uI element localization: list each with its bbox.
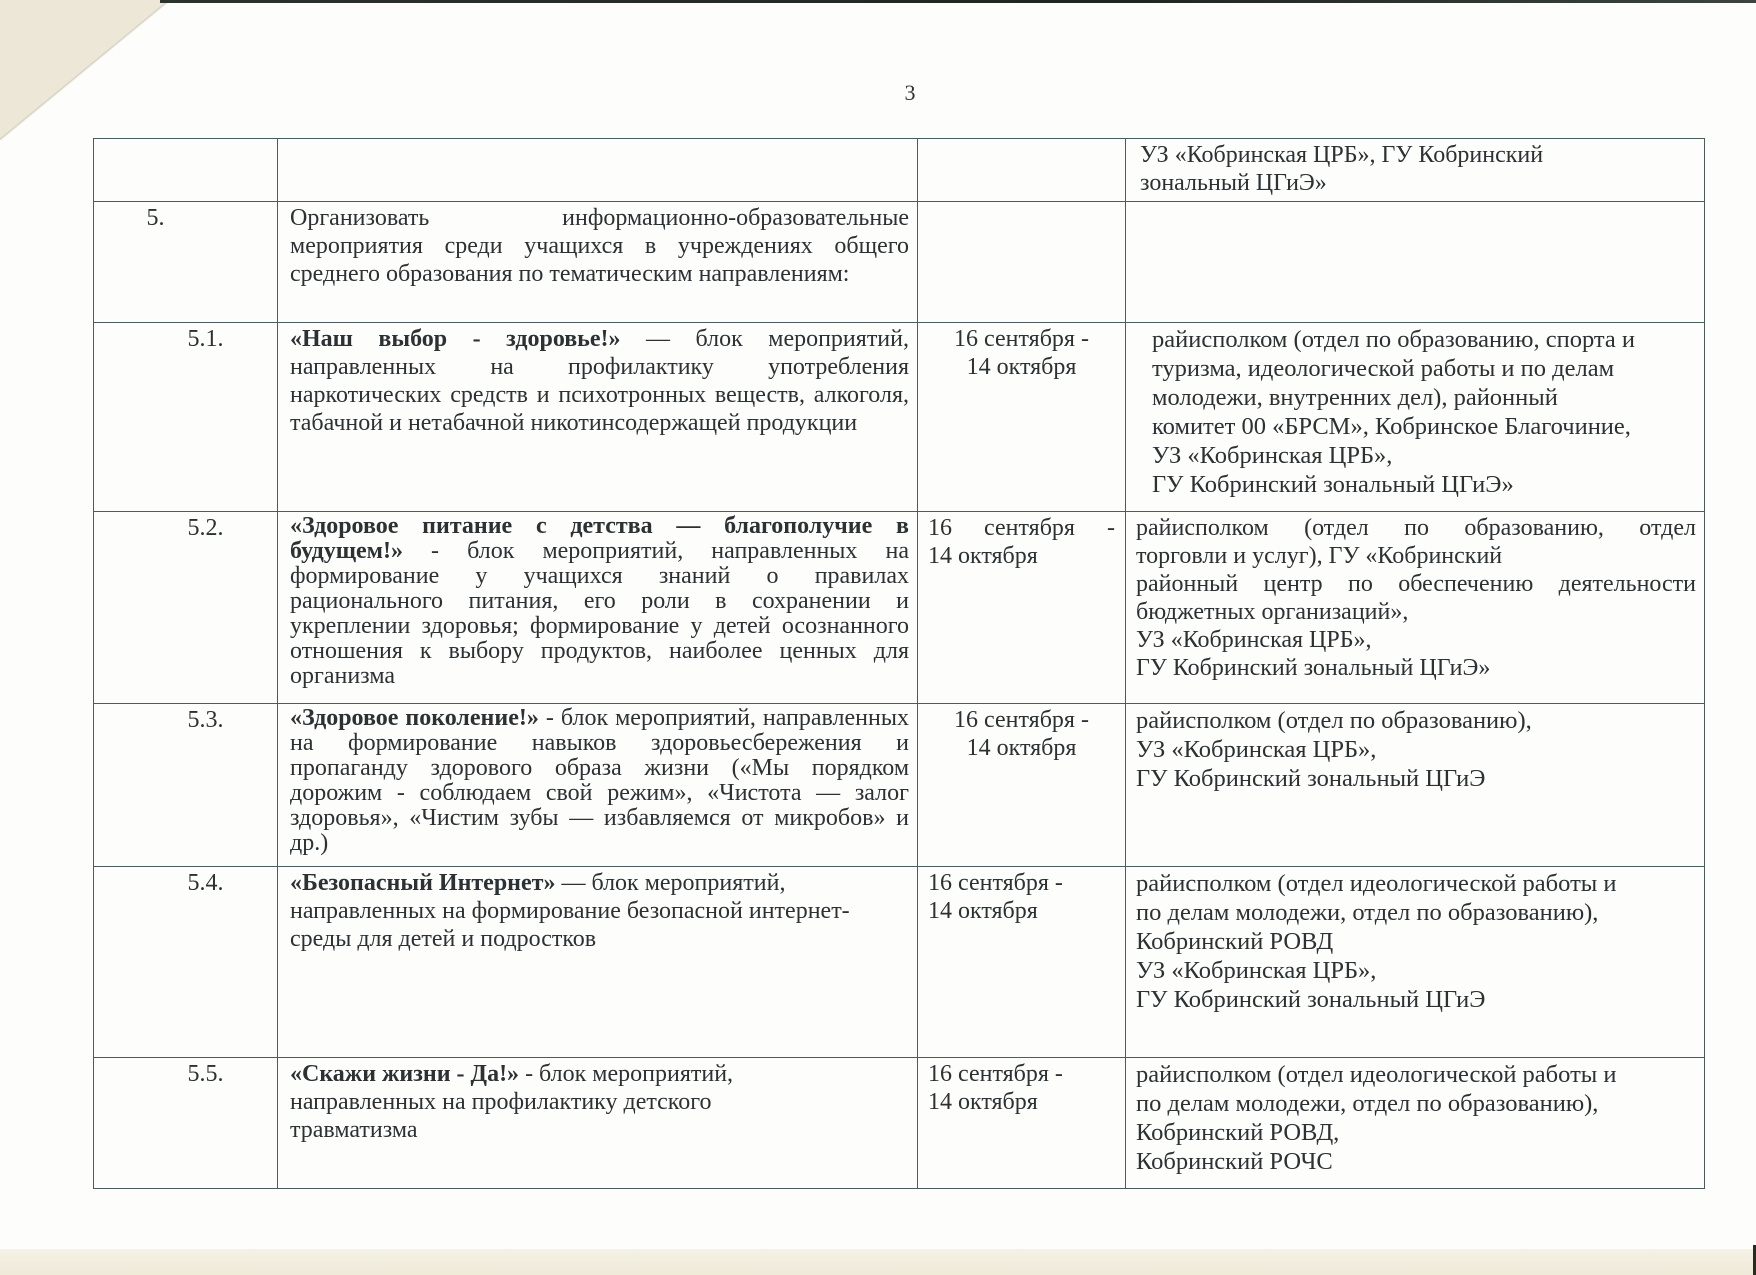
row-responsible: райисполком (отдел по образованию, спорт…: [1126, 323, 1705, 512]
responsible-line: по делам молодежи, отдел по образованию)…: [1136, 898, 1696, 927]
date-start: 16 сентября -: [928, 1060, 1121, 1088]
activities-table: УЗ «Кобринская ЦРБ», ГУ Кобринский зонал…: [93, 138, 1705, 1189]
responsible-line: комитет 00 «БРСМ», Кобринское Благочиние…: [1152, 412, 1696, 441]
row-dates: 16 сентября - 14 октября: [918, 1058, 1126, 1189]
responsible-line: Кобринский РОВД: [1136, 927, 1696, 956]
date-end: 14 октября: [928, 897, 1121, 925]
responsible-line: бюджетных организаций»,: [1136, 598, 1696, 626]
row-dates: 16 сентября - 14 октября: [918, 867, 1126, 1058]
responsible-line: райисполком (отдел по образованию, отдел: [1136, 514, 1696, 542]
row-description: «Безопасный Интернет» — блок мероприятий…: [278, 867, 918, 1058]
date-start: 16 сентября -: [928, 514, 1115, 542]
responsible-line: ГУ Кобринский зональный ЦГиЭ»: [1136, 654, 1696, 682]
responsible-line: райисполком (отдел по образованию),: [1136, 706, 1696, 735]
scan-bottom-edge: [0, 1249, 1756, 1275]
responsible-line: ГУ Кобринский зональный ЦГиЭ: [1136, 764, 1696, 793]
responsible-line: райисполком (отдел по образованию, спорт…: [1152, 325, 1696, 354]
row-dates: 16 сентября - 14 октября: [918, 704, 1126, 867]
item-title: «Здоровое поколение!»: [290, 705, 539, 731]
table-row-5-2: 5.2. «Здоровое питание с детства — благо…: [94, 512, 1705, 704]
responsible-line: УЗ «Кобринская ЦРБ»,: [1136, 735, 1696, 764]
date-start: 16 сентября -: [928, 869, 1121, 897]
row-number: 5.2.: [94, 512, 278, 704]
table-row-5-5: 5.5. «Скажи жизни - Да!» - блок мероприя…: [94, 1058, 1705, 1189]
page-number: 3: [0, 80, 1756, 106]
row-dates: [918, 202, 1126, 323]
row-number: 5.4.: [94, 867, 278, 1058]
row-responsible: УЗ «Кобринская ЦРБ», ГУ Кобринский зонал…: [1126, 139, 1705, 202]
date-end: 14 октября: [922, 734, 1121, 762]
row-description: «Скажи жизни - Да!» - блок мероприятий, …: [278, 1058, 918, 1189]
date-start: 16 сентября -: [922, 706, 1121, 734]
responsible-line: по делам молодежи, отдел по образованию)…: [1136, 1089, 1696, 1118]
row-description: «Здоровое питание с детства — благополуч…: [278, 512, 918, 704]
item-title: «Безопасный Интернет»: [290, 870, 555, 896]
row-description: Организовать информационно-образовательн…: [278, 202, 918, 323]
row-responsible: [1126, 202, 1705, 323]
responsible-line: райисполком (отдел идеологической работы…: [1136, 1060, 1696, 1089]
row-description: «Здоровое поколение!» - блок мероприятий…: [278, 704, 918, 867]
row-number: 5.3.: [94, 704, 278, 867]
responsible-line: УЗ «Кобринская ЦРБ»,: [1152, 441, 1696, 470]
row-responsible: райисполком (отдел по образованию), УЗ «…: [1126, 704, 1705, 867]
responsible-line: туризма, идеологической работы и по дела…: [1152, 354, 1696, 383]
row-number: 5.5.: [94, 1058, 278, 1189]
row-number: 5.: [94, 202, 278, 323]
item-title: «Скажи жизни - Да!»: [290, 1061, 519, 1087]
table-row-section-5: 5. Организовать информационно-образовате…: [94, 202, 1705, 323]
scan-top-edge: [160, 0, 1756, 3]
responsible-line: Кобринский РОЧС: [1136, 1147, 1696, 1176]
responsible-line: торговли и услуг), ГУ «Кобринский: [1136, 542, 1696, 570]
date-end: 14 октября: [928, 542, 1115, 570]
date-end: 14 октября: [928, 1088, 1121, 1116]
row-description: [278, 139, 918, 202]
row-dates: 16 сентября - 14 октября: [918, 323, 1126, 512]
table-row-5-1: 5.1. «Наш выбор - здоровье!» — блок меро…: [94, 323, 1705, 512]
responsible-line: райисполком (отдел идеологической работы…: [1136, 869, 1696, 898]
row-dates: 16 сентября - 14 октября: [918, 512, 1126, 704]
responsible-line: ГУ Кобринский зональный ЦГиЭ»: [1152, 470, 1696, 499]
responsible-line: молодежи, внутренних дел), районный: [1152, 383, 1696, 412]
responsible-line: УЗ «Кобринская ЦРБ», ГУ Кобринский: [1140, 141, 1696, 169]
table-row-5-4: 5.4. «Безопасный Интернет» — блок меропр…: [94, 867, 1705, 1058]
table-row-continued: УЗ «Кобринская ЦРБ», ГУ Кобринский зонал…: [94, 139, 1705, 202]
responsible-line: УЗ «Кобринская ЦРБ»,: [1136, 956, 1696, 985]
responsible-line: ГУ Кобринский зональный ЦГиЭ: [1136, 985, 1696, 1014]
row-responsible: райисполком (отдел идеологической работы…: [1126, 867, 1705, 1058]
item-title: «Наш выбор - здоровье!»: [290, 326, 621, 352]
scan-corner-shadow: [0, 0, 170, 140]
responsible-line: УЗ «Кобринская ЦРБ»,: [1136, 626, 1696, 654]
row-description: «Наш выбор - здоровье!» — блок мероприят…: [278, 323, 918, 512]
row-number: [94, 139, 278, 202]
responsible-line: зональный ЦГиЭ»: [1140, 169, 1696, 197]
row-number: 5.1.: [94, 323, 278, 512]
date-end: 14 октября: [922, 353, 1121, 381]
table-row-5-3: 5.3. «Здоровое поколение!» - блок меропр…: [94, 704, 1705, 867]
responsible-line: Кобринский РОВД,: [1136, 1118, 1696, 1147]
date-start: 16 сентября -: [922, 325, 1121, 353]
row-responsible: райисполком (отдел по образованию, отдел…: [1126, 512, 1705, 704]
row-responsible: райисполком (отдел идеологической работы…: [1126, 1058, 1705, 1189]
responsible-line: районный центр по обеспечению деятельнос…: [1136, 570, 1696, 598]
row-dates: [918, 139, 1126, 202]
